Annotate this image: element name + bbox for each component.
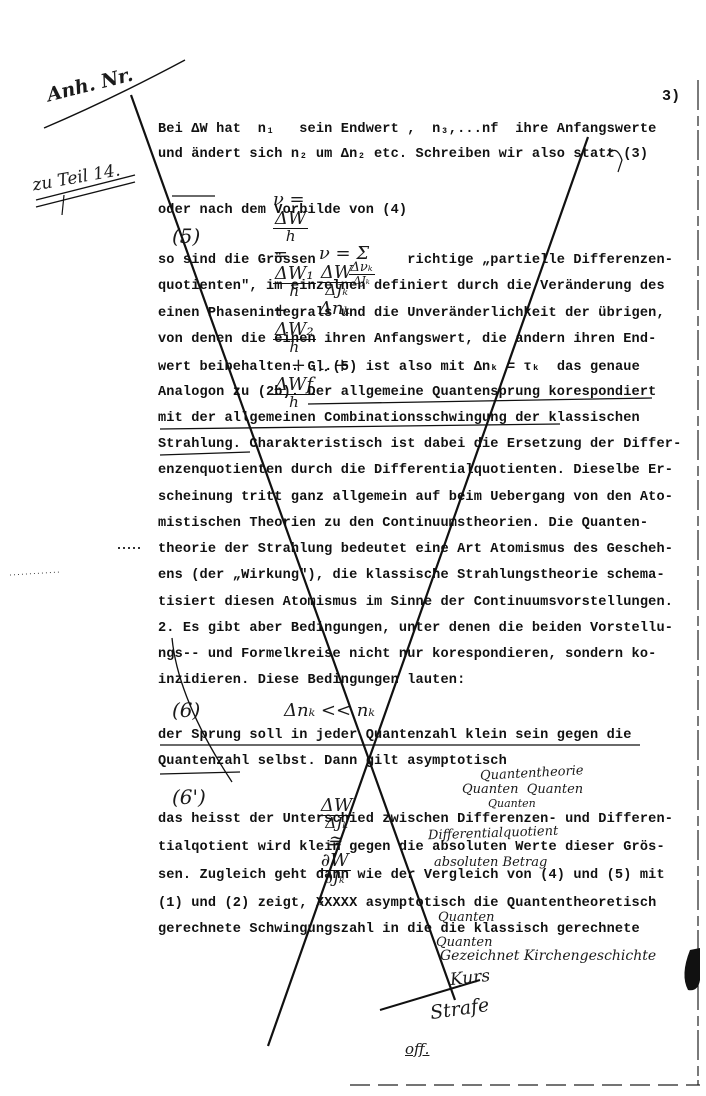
typed-line-25: sen. Zugleich geht dann wie der Vergleic…	[158, 868, 665, 883]
typed-line-13: scheinung tritt ganz allgemein auf beim …	[158, 490, 673, 505]
typed-line-23: das heisst der Unterschied zwischen Diff…	[158, 812, 673, 827]
typed-line-16: ens (der „Wirkung"), die klassische Stra…	[158, 568, 665, 583]
typed-line-4: so sind die Grössen richtige „partielle …	[158, 253, 673, 268]
handwritten-note-3: Quanten	[488, 797, 536, 810]
typed-line-10: mit der allgemeinen Combinationsschwingu…	[158, 411, 640, 426]
typed-line-12: enzenquotienten durch die Differentialqu…	[158, 463, 673, 478]
typed-line-5: quotienten", im einzelnen definiert durc…	[158, 279, 665, 294]
typed-line-11: Strahlung. Charakteristisch ist dabei di…	[158, 437, 681, 452]
typed-line-22: Quantenzahl selbst. Dann gilt asymptotis…	[158, 754, 507, 769]
equation-6: Δnₖ << nₖ	[284, 700, 375, 721]
typed-line-19: ngs-- und Formelkreise nicht nur korespo…	[158, 647, 656, 662]
typed-line-27: gerechnete Schwingungszahl in die die kl…	[158, 922, 640, 937]
handwritten-note-10: Strafe	[429, 994, 491, 1024]
manuscript-page: 3) Anh. Nr. zu Teil 14. Bei ΔW hat n₁ se…	[0, 0, 706, 1096]
typed-line-24: tialqotient wird klein gegen die absolut…	[158, 840, 665, 855]
typed-line-6: einen Phasenintegrals und die Unveränder…	[158, 306, 665, 321]
typed-line-8: wert beibehalten. Gl.(5) ist also mit Δn…	[158, 358, 640, 375]
typed-line-20: inzidieren. Diese Bedingungen lauten:	[158, 673, 465, 688]
equation-6-label: (6)	[172, 698, 200, 722]
equation-5-label: (5)	[172, 224, 200, 248]
handwritten-note-9: Kurs	[449, 966, 491, 990]
typed-line-26: (1) und (2) zeigt, XXXXX asymptotisch di…	[158, 896, 656, 911]
equation-6-prime-label: (6')	[172, 785, 206, 809]
typed-line-7: von denen die einen ihren Anfangswert, d…	[158, 332, 656, 347]
typed-line-18: 2. Es gibt aber Bedingungen, unter denen…	[158, 621, 673, 636]
typed-line-21: der Sprung soll in jeder Quantenzahl kle…	[158, 728, 632, 743]
typed-line-9: Analogon zu (2b). Der allgemeine Quanten…	[158, 385, 656, 400]
margin-note-left: zu Teil 14.	[31, 160, 122, 195]
page-number: 3)	[662, 88, 680, 105]
typed-line-14: mistischen Theorien zu den Continuumsthe…	[158, 516, 648, 531]
typed-line-17: tisiert diesen Atomismus im Sinne der Co…	[158, 595, 673, 610]
typed-line-3: oder nach dem Vorbilde von (4)	[158, 203, 407, 218]
typed-line-15: theorie der Strahlung bedeutet eine Art …	[158, 542, 673, 557]
typed-line-1: Bei ΔW hat n₁ sein Endwert , n₃,...nf ih…	[158, 122, 656, 137]
margin-note-top-left: Anh. Nr.	[45, 64, 136, 107]
handwritten-note-2: Quanten Quanten	[462, 782, 583, 797]
handwritten-note-11: off.	[405, 1040, 429, 1058]
typed-line-2: und ändert sich n₂ um Δn₂ etc. Schreiben…	[158, 147, 648, 162]
handwritten-note-8: Gezeichnet Kirchengeschichte	[440, 948, 656, 964]
